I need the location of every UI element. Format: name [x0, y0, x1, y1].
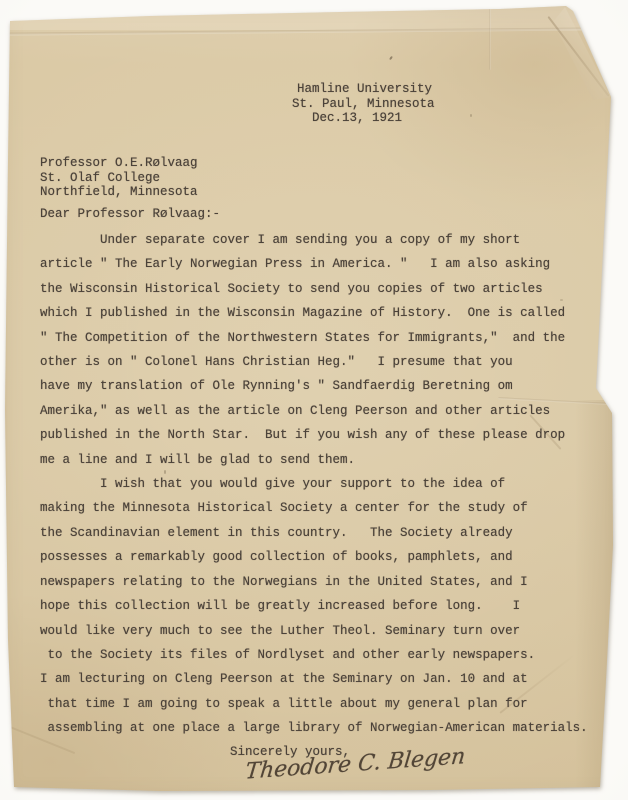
letter-body: Under separate cover I am sending you a … — [40, 228, 588, 741]
text-line: me a line and I will be glad to send the… — [40, 448, 588, 472]
text-line: St. Paul, Minnesota — [292, 97, 435, 112]
text-line: published in the North Star. But if you … — [40, 423, 588, 447]
text-line: St. Olaf College — [40, 171, 198, 186]
text-line: Hamline University — [297, 82, 435, 97]
text-line: other is on " Colonel Hans Christian Heg… — [40, 350, 588, 374]
text-line: I am lecturing on Cleng Peerson at the S… — [40, 667, 588, 691]
scanned-letter: Hamline UniversitySt. Paul, MinnesotaDec… — [0, 0, 628, 800]
signature-text: Theodore C. Blegen — [244, 748, 467, 785]
text-line: that time I am going to speak a little a… — [40, 692, 588, 716]
handwritten-signature: Theodore C. Blegen — [244, 748, 474, 792]
text-line: article " The Early Norwegian Press in A… — [40, 252, 588, 276]
text-line: Northfield, Minnesota — [40, 185, 198, 200]
text-line: " The Competition of the Northwestern St… — [40, 326, 588, 350]
text-line: the Scandinavian element in this country… — [40, 521, 588, 545]
text-line: would like very much to see the Luther T… — [40, 619, 588, 643]
text-line: Dec.13, 1921 — [312, 111, 435, 126]
text-line: which I published in the Wisconsin Magaz… — [40, 301, 588, 325]
recipient-address: Professor O.E.RølvaagSt. Olaf CollegeNor… — [40, 156, 198, 200]
text-line: to the Society its files of Nordlyset an… — [40, 643, 588, 667]
salutation: Dear Professor Rølvaag:- — [40, 207, 220, 222]
text-line: newspapers relating to the Norwegians in… — [40, 570, 588, 594]
text-line: making the Minnesota Historical Society … — [40, 496, 588, 520]
text-line: the Wisconsin Historical Society to send… — [40, 277, 588, 301]
paper-shadow: Hamline UniversitySt. Paul, MinnesotaDec… — [0, 0, 628, 800]
text-line: Under separate cover I am sending you a … — [40, 228, 588, 252]
text-line: assembling at one place a large library … — [40, 716, 588, 740]
text-line: I wish that you would give your support … — [40, 472, 588, 496]
text-line: Professor O.E.Rølvaag — [40, 156, 198, 171]
text-line: hope this collection will be greatly inc… — [40, 594, 588, 618]
letter-paper: Hamline UniversitySt. Paul, MinnesotaDec… — [0, 0, 628, 800]
text-line: have my translation of Ole Rynning's " S… — [40, 374, 588, 398]
letterhead: Hamline UniversitySt. Paul, MinnesotaDec… — [292, 82, 435, 126]
text-line: Amerika," as well as the article on Clen… — [40, 399, 588, 423]
text-line: possesses a remarkably good collection o… — [40, 545, 588, 569]
letter-content: Hamline UniversitySt. Paul, MinnesotaDec… — [0, 0, 628, 800]
